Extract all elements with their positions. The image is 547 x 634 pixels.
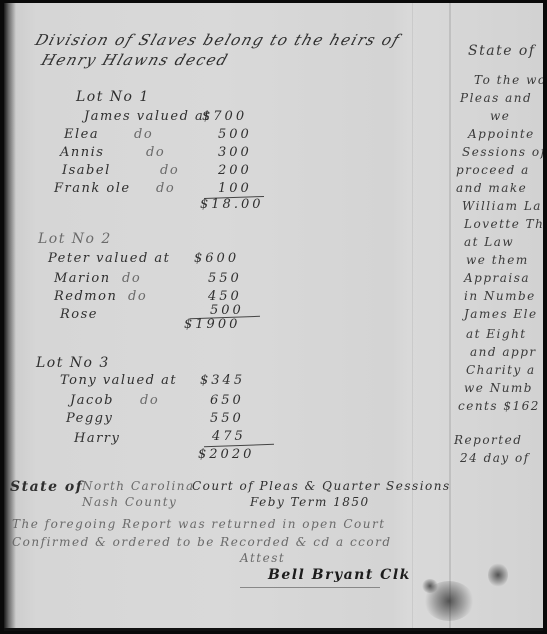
lot-1-entry-name: Elea bbox=[64, 127, 99, 142]
lot-3-heading: Lot No 3 bbox=[36, 355, 110, 371]
court-record-line1: The foregoing Report was returned in ope… bbox=[12, 517, 386, 531]
lot-2-entry-ditto: do bbox=[128, 289, 147, 304]
right-line: we bbox=[490, 109, 510, 123]
right-line: To the wo bbox=[474, 73, 543, 87]
lot-1-entry-amount: $700 bbox=[202, 109, 247, 124]
lot-1-heading: Lot No 1 bbox=[76, 89, 150, 105]
right-line: proceed a bbox=[456, 163, 530, 177]
court-state-label: State of bbox=[10, 479, 83, 495]
lot-3-total: $2020 bbox=[198, 447, 254, 462]
lot-1-entry-ditto: do bbox=[146, 145, 165, 160]
lot-1-entry-amount: 200 bbox=[218, 163, 252, 178]
scanned-document-page: Division of Slaves belong to the heirs o… bbox=[4, 3, 543, 631]
lot-2-entry-amount: 450 bbox=[208, 289, 242, 304]
lot-2-entry-amount: $600 bbox=[194, 251, 239, 266]
right-line: 24 day of bbox=[460, 451, 530, 465]
right-line: we them bbox=[466, 253, 529, 267]
lot-3-entry-name: Harry bbox=[74, 431, 120, 446]
right-line: in Numbe bbox=[464, 289, 536, 303]
attest-label: Attest bbox=[240, 551, 285, 565]
right-line: Lovette Th bbox=[464, 217, 543, 231]
right-line: and make bbox=[456, 181, 527, 195]
right-line: Charity a bbox=[466, 363, 536, 377]
lot-1-entry-amount: 300 bbox=[218, 145, 252, 160]
page-crease bbox=[412, 3, 413, 631]
lot-2-entry-amount: 550 bbox=[208, 271, 242, 286]
court-county: Nash County bbox=[82, 495, 177, 509]
lot-3-entry-name: Jacob bbox=[70, 393, 114, 408]
lot-1-entry-ditto: do bbox=[156, 181, 175, 196]
document-title-line2: Henry Hlawns deced bbox=[39, 51, 231, 69]
court-state-name: North Carolina bbox=[82, 479, 195, 493]
lot-3-entry-amount: $345 bbox=[200, 373, 245, 388]
right-line: Sessions of bbox=[462, 145, 543, 159]
right-line: cents $162 bbox=[458, 399, 540, 413]
clerk-signature: Bell Bryant Clk bbox=[268, 567, 411, 583]
right-line: Appointe bbox=[468, 127, 535, 141]
right-line: Appraisa bbox=[464, 271, 530, 285]
lot-1-entry-name: Isabel bbox=[62, 163, 111, 178]
signature-flourish bbox=[240, 587, 380, 588]
right-line: State of bbox=[468, 43, 536, 59]
court-record-line2: Confirmed & ordered to be Recorded & cd … bbox=[12, 535, 392, 549]
right-line: James Ele bbox=[464, 307, 538, 321]
lot-1-entry-name: Frank ole bbox=[54, 181, 131, 196]
scan-border bbox=[4, 628, 543, 631]
ink-smudge bbox=[488, 563, 508, 587]
lot-2-entry-ditto: do bbox=[122, 271, 141, 286]
lot-1-entry-name: James valued at bbox=[84, 109, 211, 124]
lot-1-entry-ditto: do bbox=[160, 163, 179, 178]
right-line: Reported bbox=[454, 433, 522, 447]
right-line: at Law bbox=[464, 235, 514, 249]
lot-1-entry-name: Annis bbox=[60, 145, 104, 160]
right-line: William La bbox=[462, 199, 542, 213]
lot-1-entry-amount: 500 bbox=[218, 127, 252, 142]
right-line: we Numb bbox=[464, 381, 533, 395]
lot-2-heading: Lot No 2 bbox=[38, 231, 112, 247]
lot-2-entry-name: Rose bbox=[60, 307, 98, 322]
lot-3-entry-amount: 550 bbox=[210, 411, 244, 426]
lot-3-entry-amount: 650 bbox=[210, 393, 244, 408]
lot-1-total: $18.00 bbox=[200, 197, 264, 212]
lot-2-entry-name: Peter valued at bbox=[48, 251, 170, 266]
lot-2-entry-name: Marion bbox=[54, 271, 111, 286]
lot-3-entry-name: Tony valued at bbox=[60, 373, 177, 388]
right-line: and appr bbox=[470, 345, 537, 359]
court-name: Court of Pleas & Quarter Sessions bbox=[192, 479, 451, 493]
ink-smudge bbox=[422, 579, 438, 593]
lot-1-entry-ditto: do bbox=[134, 127, 153, 142]
court-term: Feby Term 1850 bbox=[250, 495, 370, 509]
lot-2-total: $1900 bbox=[184, 317, 240, 332]
document-title-line1: Division of Slaves belong to the heirs o… bbox=[33, 31, 403, 49]
page-fold bbox=[449, 3, 451, 631]
right-line: at Eight bbox=[466, 327, 527, 341]
lot-3-entry-amount: 475 bbox=[212, 429, 246, 444]
lot-3-entry-ditto: do bbox=[140, 393, 159, 408]
lot-2-entry-name: Redmon bbox=[54, 289, 117, 304]
right-line: Pleas and bbox=[460, 91, 532, 105]
lot-3-entry-name: Peggy bbox=[66, 411, 113, 426]
lot-1-entry-amount: 100 bbox=[218, 181, 252, 196]
